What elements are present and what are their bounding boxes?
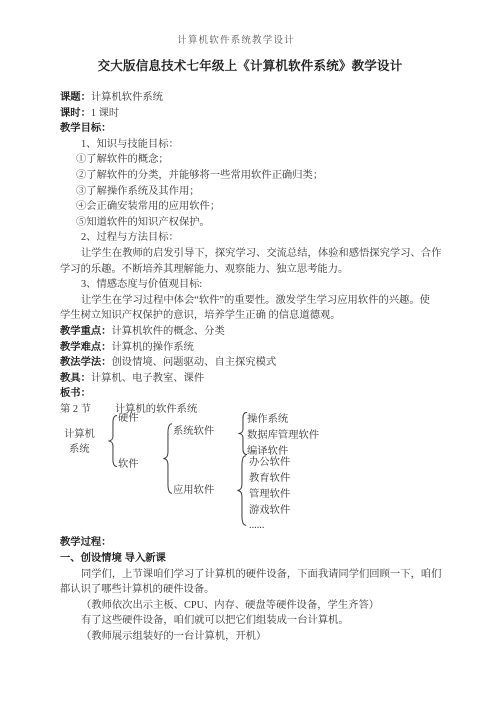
duration-value: 1 课时 xyxy=(91,108,119,119)
difficulty-line: 教学难点：计算机的操作系统 xyxy=(60,340,450,356)
duration-label: 课时： xyxy=(60,108,91,119)
diagram-leaf-office: 办公软件 xyxy=(249,457,290,468)
knowledge-objective-item: ②了解软件的分类，并能够将一些常用软件正确归类； xyxy=(60,168,450,184)
diagram-leaf-education: 教育软件 xyxy=(249,473,290,484)
board-section-no: 第 2 节 xyxy=(60,404,91,415)
document-body: 课题：计算机软件系统 课时：1 课时 教学目标： 1、知识与技能目标： ①了解软… xyxy=(60,90,450,645)
diagram-leaf-compiler: 编译软件 xyxy=(247,446,288,457)
methods-value: 创设情境、问题驱动、自主探究模式 xyxy=(111,357,276,368)
diagram-leaf-management: 管理软件 xyxy=(249,489,290,500)
document-page: 计算机软件系统教学设计 交大版信息技术七年级上《计算机软件系统》教学设计 课题：… xyxy=(0,0,500,707)
tools-line: 教具：计算机、电子教室、课件 xyxy=(60,371,450,387)
key-points-label: 教学重点： xyxy=(60,326,111,337)
emotion-objectives-text: 让学生在学习过程中体会“软件”的重要性。激发学生学习应用软件的兴趣。使 xyxy=(60,293,450,309)
knowledge-objective-item: ③了解操作系统及其作用； xyxy=(60,184,450,200)
board-heading: 板书： xyxy=(60,386,450,402)
topic-line: 课题：计算机软件系统 xyxy=(60,90,450,106)
duration-line: 课时：1 课时 xyxy=(60,106,450,122)
curly-brace xyxy=(107,415,118,467)
knowledge-objective-item: ⑤知道软件的知识产权保护。 xyxy=(60,215,450,231)
process-paragraph-line: 有了这些硬件设备，咱们就可以把它们组装成一台计算机。 xyxy=(60,613,450,629)
diagram-node-system-software: 系统软件 xyxy=(173,426,214,437)
knowledge-objectives-heading: 1、知识与技能目标： xyxy=(60,137,450,153)
page-title: 交大版信息技术七年级上《计算机软件系统》教学设计 xyxy=(0,56,500,74)
process-paragraph-line: （教师展示组装好的一台计算机，开机） xyxy=(60,629,450,645)
process-paragraph-line: 都认识了哪些计算机的硬件设备。 xyxy=(60,582,450,598)
key-points-line: 教学重点：计算机软件的概念、分类 xyxy=(60,324,450,340)
diagram-leaf-database: 数据库管理软件 xyxy=(247,430,319,441)
diagram-leaf-os: 操作系统 xyxy=(247,414,288,425)
difficulty-value: 计算机的操作系统 xyxy=(111,342,193,353)
diagram-node-application-software: 应用软件 xyxy=(173,485,214,496)
process-objectives-text: 让学生在教师的启发引导下，探究学习、交流总结，体验和感悟探究学习、合作 xyxy=(60,246,450,262)
emotion-objectives-heading: 3、情感态度与价值观目标: xyxy=(60,277,450,293)
diagram-leaf-games: 游戏软件 xyxy=(249,505,290,516)
process-objectives-heading: 2、过程与方法目标： xyxy=(60,230,450,246)
key-points-value: 计算机软件的概念、分类 xyxy=(111,326,224,337)
process-paragraph-line: 同学们，上节课咱们学习了计算机的硬件设备，下面我请同学们回顾一下，咱们 xyxy=(60,567,450,583)
diagram-label: 系统 xyxy=(64,442,95,457)
process-paragraph-line: （教师依次出示主板、CPU、内存、硬盘等硬件设备，学生齐答） xyxy=(60,598,450,614)
board-diagram: 计算机 系统 硬件 软件 系统软件 应用软件 操作系统 数据库管理软件 编译软件… xyxy=(60,417,450,535)
running-header: 计算机软件系统教学设计 xyxy=(0,32,486,46)
diagram-label: 计算机 xyxy=(64,427,95,442)
difficulty-label: 教学难点： xyxy=(60,342,111,353)
curly-brace xyxy=(162,423,173,494)
diagram-node-software: 软件 xyxy=(118,459,139,470)
emotion-objectives-text: 学生树立知识产权保护的意识，培养学生正确 的信息道德观。 xyxy=(60,308,450,324)
diagram-leaf-ellipsis: ...... xyxy=(249,520,264,531)
tools-label: 教具： xyxy=(60,373,91,384)
methods-line: 教法学法：创设情境、问题驱动、自主探究模式 xyxy=(60,355,450,371)
topic-value: 计算机软件系统 xyxy=(91,92,163,103)
knowledge-objective-item: ④会正确安装常用的应用软件； xyxy=(60,199,450,215)
diagram-node-computer-system: 计算机 系统 xyxy=(64,427,95,457)
diagram-node-hardware: 硬件 xyxy=(118,413,139,424)
topic-label: 课题： xyxy=(60,92,91,103)
objectives-heading: 教学目标： xyxy=(60,121,450,137)
tools-value: 计算机、电子教室、课件 xyxy=(91,373,204,384)
process-objectives-text: 学习的乐趣。不断培养其理解能力、观察能力、独立思考能力。 xyxy=(60,262,450,278)
curly-brace xyxy=(236,455,247,526)
knowledge-objective-item: ①了解软件的概念； xyxy=(60,152,450,168)
methods-label: 教法学法： xyxy=(60,357,111,368)
step1-heading: 一、创设情境 导入新课 xyxy=(60,551,450,567)
teaching-process-heading: 教学过程： xyxy=(60,535,450,551)
